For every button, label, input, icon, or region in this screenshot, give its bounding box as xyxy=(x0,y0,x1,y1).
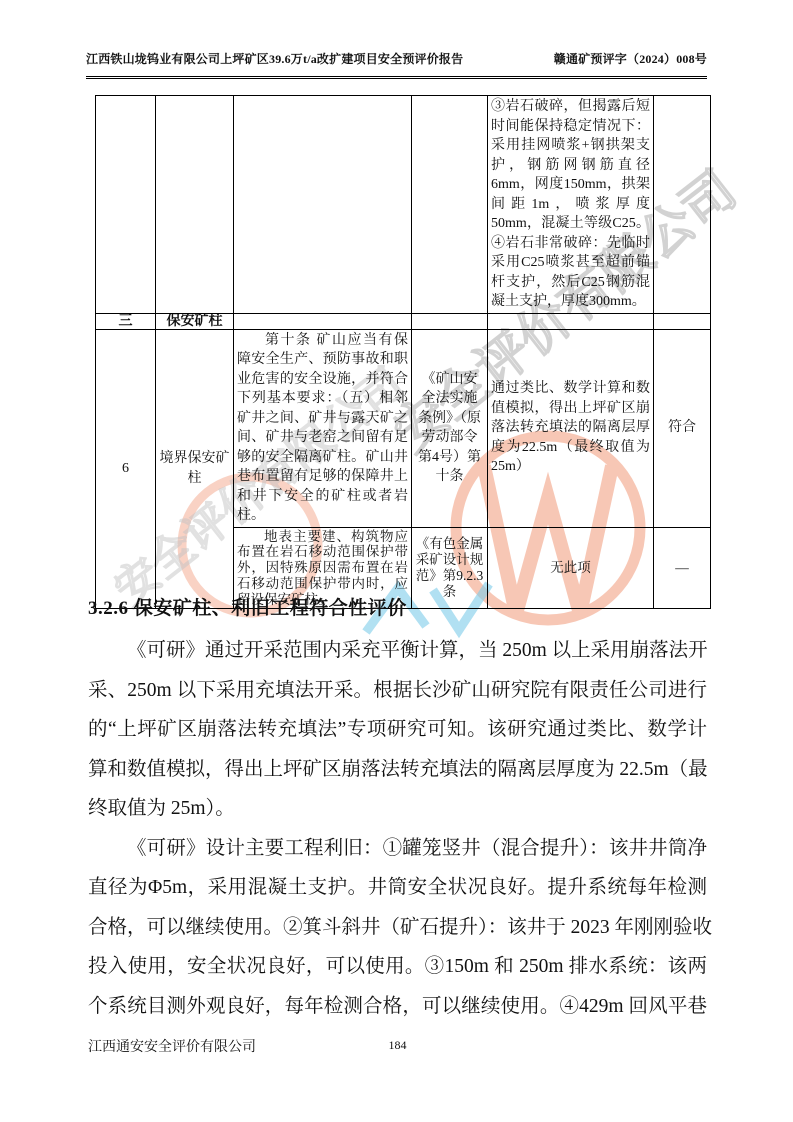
body-line: 终取值为 25m）。 xyxy=(88,789,707,829)
body-line: 《可研》通过开采范围内采充平衡计算，当 250m 以上采用崩落法开 xyxy=(88,631,707,671)
footer-page-number: 184 xyxy=(88,1038,707,1053)
situation-cell: 无此项 xyxy=(488,527,654,609)
clause-text-cell: 第十条 矿山应当有保障安全生产、预防事故和职业危害的安全设施，并符合下列基本要求… xyxy=(234,329,412,527)
situation-cell: 通过类比、数学计算和数值模拟，得出上坪矿区崩落法转充填法的隔离层厚度为22.5m… xyxy=(488,329,654,527)
body-line: 的“上坪矿区崩落法转充填法”专项研究可知。该研究通过类比、数学计 xyxy=(88,710,707,750)
table-row-6a: 6 境界保安矿柱 第十条 矿山应当有保障安全生产、预防事故和职业危害的安全设施，… xyxy=(96,329,711,527)
body-line: 采、250m 以下采用充填法开采。根据长沙矿山研究院有限责任公司进行 xyxy=(88,671,707,711)
body-text: 《可研》通过开采范围内采充平衡计算，当 250m 以上采用崩落法开 采、250m… xyxy=(88,631,707,1026)
conclusion-cell: 符合 xyxy=(654,329,711,527)
empty-cell xyxy=(234,96,412,314)
section-title-cell: 保安矿柱 xyxy=(156,313,234,329)
empty-cell xyxy=(412,313,488,329)
continuation-text-cell: ③岩石破碎，但揭露后短时间能保持稳定情况下：采用挂网喷浆+钢拱架支护，钢筋网钢筋… xyxy=(488,96,654,314)
empty-cell xyxy=(654,96,711,314)
empty-cell xyxy=(156,96,234,314)
empty-cell xyxy=(488,313,654,329)
body-line: 个系统目测外观良好，每年检测合格，可以继续使用。④429m 回风平巷 xyxy=(88,987,707,1027)
header-report-title: 江西铁山垅钨业有限公司上坪矿区39.6万t/a改扩建项目安全预评价报告 xyxy=(86,50,463,67)
body-line: 《可研》设计主要工程利旧：①罐笼竖井（混合提升）：该井井筒净 xyxy=(88,829,707,869)
document-page: 安全评价有限公司 安全评价有限公司 江西铁山垅钨业有限公司上坪矿区39.6万t/… xyxy=(0,0,793,1122)
body-line: 直径为Φ5m，采用混凝土支护。井筒安全状况良好。提升系统每年检测 xyxy=(88,868,707,908)
header-doc-number: 赣通矿预评字（2024）008号 xyxy=(554,50,707,67)
empty-cell xyxy=(412,96,488,314)
table-row-continuation: ③岩石破碎，但揭露后短时间能保持稳定情况下：采用挂网喷浆+钢拱架支护，钢筋网钢筋… xyxy=(96,96,711,314)
empty-cell xyxy=(234,313,412,329)
conclusion-cell: — xyxy=(654,527,711,609)
empty-cell xyxy=(654,313,711,329)
body-line: 合格，可以继续使用。②箕斗斜井（矿石提升）：该井于 2023 年刚刚验收 xyxy=(88,908,707,948)
body-line: 投入使用，安全状况良好，可以使用。③150m 和 250m 排水系统：该两 xyxy=(88,947,707,987)
row-item-cell: 境界保安矿柱 xyxy=(156,329,234,609)
body-line: 算和数值模拟，得出上坪矿区崩落法转充填法的隔离层厚度为 22.5m（最 xyxy=(88,750,707,790)
section-index-cell: 三 xyxy=(96,313,156,329)
row-number-cell: 6 xyxy=(96,329,156,609)
compliance-table: ③岩石破碎，但揭露后短时间能保持稳定情况下：采用挂网喷浆+钢拱架支护，钢筋网钢筋… xyxy=(95,95,711,609)
basis-cell: 《有色金属采矿设计规范》第9.2.3条 xyxy=(412,527,488,609)
basis-cell: 《矿山安全法实施条例》（原劳动部令第4号）第十条 xyxy=(412,329,488,527)
empty-cell xyxy=(96,96,156,314)
page-header: 江西铁山垅钨业有限公司上坪矿区39.6万t/a改扩建项目安全预评价报告 赣通矿预… xyxy=(86,50,707,79)
table-row-section: 三 保安矿柱 xyxy=(96,313,711,329)
section-heading: 3.2.6 保安矿柱、利旧工程符合性评价 xyxy=(88,593,407,620)
